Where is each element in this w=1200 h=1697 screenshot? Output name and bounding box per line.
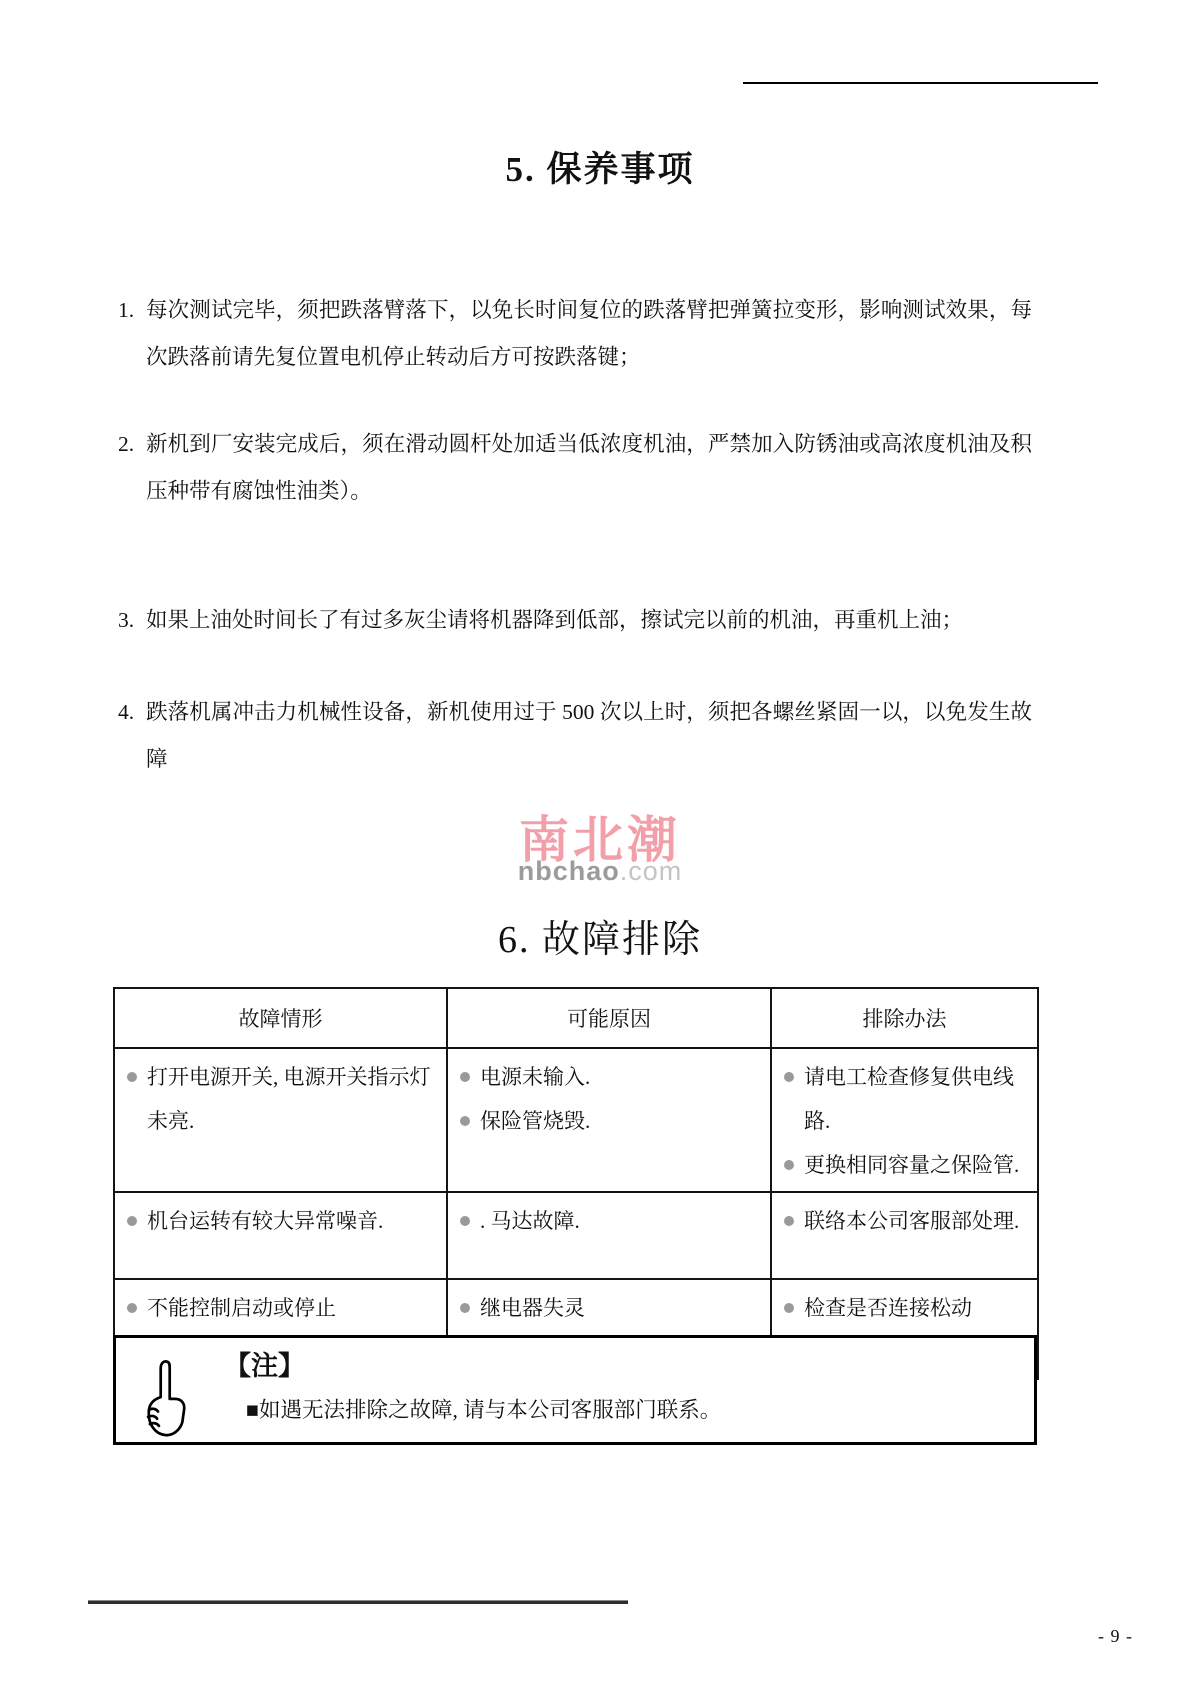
cause-cell: . 马达故障. (447, 1192, 771, 1279)
cell-text: 不能控制启动或停止 (147, 1286, 336, 1330)
table-row: 打开电源开关, 电源开关指示灯未亮. 电源未输入. 保险管烧毁. 请电工检查修复… (114, 1048, 1038, 1192)
cell-text: 请电工检查修复供电线路. (804, 1055, 1029, 1143)
bullet-icon (127, 1216, 137, 1226)
cell-text: 检查是否连接松动 (804, 1286, 972, 1330)
cell-text: 打开电源开关, 电源开关指示灯未亮. (147, 1055, 438, 1143)
bullet-icon (784, 1303, 794, 1313)
section-6-title: 6. 故障排除 (0, 908, 1200, 963)
fault-cell: 机台运转有较大异常噪音. (114, 1192, 447, 1279)
cell-text: . 马达故障. (480, 1199, 580, 1243)
bullet-icon (127, 1072, 137, 1082)
bullet-icon (127, 1303, 137, 1313)
col-header-solution: 排除办法 (771, 988, 1038, 1048)
list-item-2: 2. 新机到厂安装完成后，须在滑动圆杆处加适当低浓度机油，严禁加入防锈油或高浓度… (118, 421, 1032, 515)
list-item-1: 1. 每次测试完毕，须把跌落臂落下，以免长时间复位的跌落臂把弹簧拉变形，影响测试… (118, 287, 1032, 381)
bullet-icon (460, 1303, 470, 1313)
footer-rule (88, 1600, 628, 1604)
solution-cell: 请电工检查修复供电线路. 更换相同容量之保险管. (771, 1048, 1038, 1192)
watermark-domain-tld: .com (620, 856, 683, 886)
cell-text: 电源未输入. (480, 1055, 590, 1099)
list-item-text: 每次测试完毕，须把跌落臂落下，以免长时间复位的跌落臂把弹簧拉变形，影响测试效果，… (146, 287, 1032, 381)
pointing-hand-icon (140, 1356, 194, 1440)
cell-text: 机台运转有较大异常噪音. (147, 1199, 383, 1243)
cell-text: 更换相同容量之保险管. (804, 1143, 1019, 1187)
list-item-number: 4. (118, 689, 146, 783)
list-item-number: 3. (118, 597, 146, 644)
fault-cell: 打开电源开关, 电源开关指示灯未亮. (114, 1048, 447, 1192)
table-row: 机台运转有较大异常噪音. . 马达故障. 联络本公司客服部处理. (114, 1192, 1038, 1279)
bullet-icon (784, 1160, 794, 1170)
troubleshooting-table: 故障情形 可能原因 排除办法 打开电源开关, 电源开关指示灯未亮. 电源未输入.… (113, 987, 1039, 1380)
document-page: 5. 保养事项 1. 每次测试完毕，须把跌落臂落下，以免长时间复位的跌落臂把弹簧… (0, 0, 1200, 1697)
watermark-domain-name: nbchao (518, 856, 620, 886)
bullet-icon (784, 1072, 794, 1082)
solution-cell: 联络本公司客服部处理. (771, 1192, 1038, 1279)
bullet-icon (784, 1216, 794, 1226)
header-rule (743, 82, 1098, 84)
bullet-icon (460, 1072, 470, 1082)
list-item-text: 如果上油处时间长了有过多灰尘请将机器降到低部，擦试完以前的机油，再重机上油； (146, 597, 1032, 644)
list-item-text: 新机到厂安装完成后，须在滑动圆杆处加适当低浓度机油，严禁加入防锈油或高浓度机油及… (146, 421, 1032, 515)
section-5-title: 5. 保养事项 (0, 142, 1200, 192)
list-item-text: 跌落机属冲击力机械性设备，新机使用过于 500 次以上时，须把各螺丝紧固一以，以… (146, 689, 1032, 783)
cell-text: 联络本公司客服部处理. (804, 1199, 1019, 1243)
table-header-row: 故障情形 可能原因 排除办法 (114, 988, 1038, 1048)
cell-text: 保险管烧毁. (480, 1099, 590, 1143)
list-item-number: 1. (118, 287, 146, 381)
cell-text: 继电器失灵 (480, 1286, 585, 1330)
list-item-3: 3. 如果上油处时间长了有过多灰尘请将机器降到低部，擦试完以前的机油，再重机上油… (118, 597, 1032, 644)
bullet-icon (460, 1116, 470, 1126)
note-heading: 【注】 (224, 1344, 305, 1383)
bullet-icon (460, 1216, 470, 1226)
page-number: - 9 - (1098, 1626, 1133, 1647)
watermark-domain: nbchao.com (0, 856, 1200, 887)
cause-cell: 电源未输入. 保险管烧毁. (447, 1048, 771, 1192)
list-item-number: 2. (118, 421, 146, 515)
note-box: 【注】 ■如遇无法排除之故障, 请与本公司客服部门联系。 (113, 1335, 1037, 1445)
col-header-cause: 可能原因 (447, 988, 771, 1048)
note-text: ■如遇无法排除之故障, 请与本公司客服部门联系。 (246, 1393, 721, 1424)
list-item-4: 4. 跌落机属冲击力机械性设备，新机使用过于 500 次以上时，须把各螺丝紧固一… (118, 689, 1032, 783)
col-header-fault: 故障情形 (114, 988, 447, 1048)
